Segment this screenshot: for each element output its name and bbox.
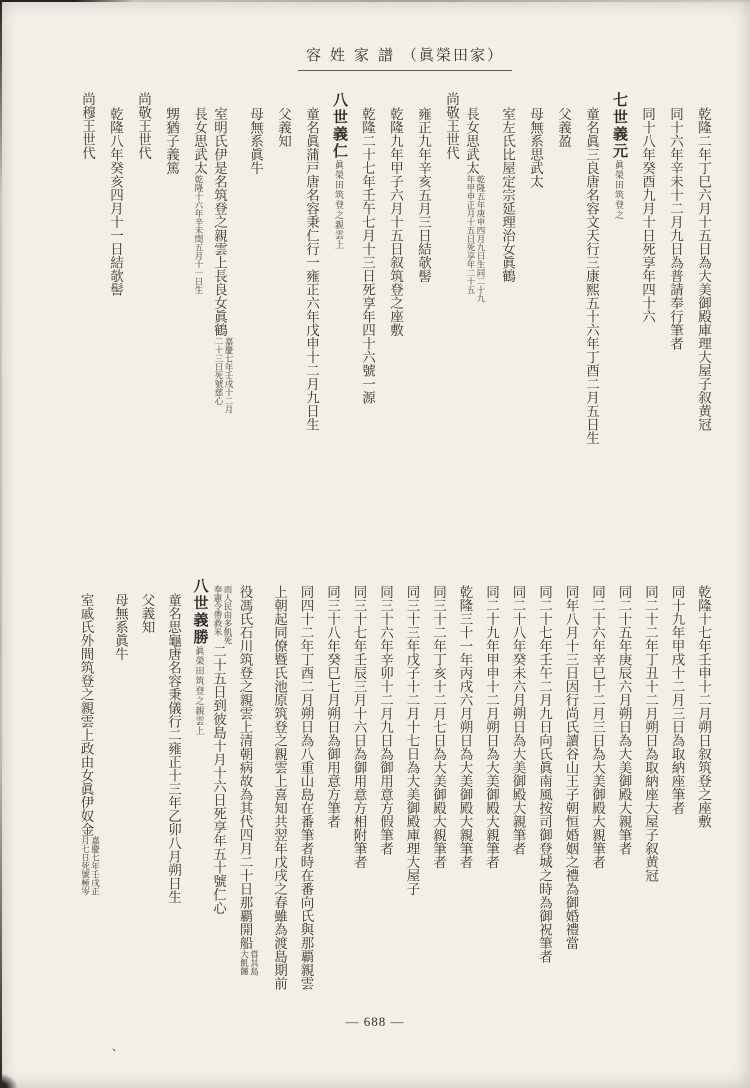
page-title-family-name: 容姓家譜: [306, 48, 402, 64]
record-column: 上朝起同僚暨氏池原筑登之親雲上喜知共翌年戊戌之春雖為渡島期前: [260, 578, 287, 1029]
reign-column: 尚敬王世代: [122, 92, 150, 452]
record-column: 同三十七年壬辰三月十六日為御用意方相附筆者: [339, 578, 366, 1029]
entry-column: 父義盈: [542, 92, 570, 467]
column-text: 同三十二年丁亥十二月七日為大美御殿大親筆者: [431, 585, 446, 869]
record-column: 同三十二年丁亥十二月七日為大美御殿大親筆者: [419, 578, 446, 1029]
entry-column: 童名眞三良唐名容文天行三康熙五十六年丁酉二月五日生: [570, 92, 598, 467]
record-column: 同二十五年庚辰六月朔日為大美御殿大親筆者: [604, 578, 631, 1029]
genealogy-lower-block: 乾隆十七年壬申十二月朔日叙筑登之座敷同十九年甲戌十二月三日為取納座筆者同二十二年…: [74, 578, 710, 1022]
record-column: 同四十二年丁酉二月朔日為八重山島在番筆者時在番向氏與那覇親雲: [286, 578, 313, 1029]
warichu-inline-note: 嘉慶七年壬戌十二月二十三日死號慈心: [214, 337, 234, 414]
generation-header: 七世義元眞榮田筑登之: [598, 92, 626, 452]
scan-edge-left: [0, 0, 2, 1088]
column-text: 甥猶子義篤: [164, 107, 179, 175]
column-text: 童名眞蒲戸唐名容秉仁行一雍正六年戊申十二月九日生: [304, 107, 319, 431]
record-column: 同二十六年辛巳十二月三日為大美御殿大親筆者: [578, 578, 605, 1029]
entry-column: 童名眞蒲戸唐名容秉仁行一雍正六年戊申十二月九日生: [290, 92, 318, 467]
record-column: 雍正九年辛亥五月三日結欹髻: [402, 92, 430, 467]
record-column: 同三十八年癸巳七月朔日為御用意方筆者: [313, 578, 340, 1029]
record-column: 乾隆二年丁巳六月十五日為大美御殿庫理大屋子叙黄冠: [682, 92, 710, 467]
generation-subtitle: 眞榮田筑登之親雲上: [195, 646, 205, 736]
column-text: 同二十七年壬午二月九日向氏眞南風按司御登城之時為御祝筆者: [537, 585, 552, 963]
record-column: 乾隆三十一年丙戌六月朔日為大美御殿大親筆者: [445, 578, 472, 1029]
column-text: 乾隆三十一年丙戌六月朔日為大美御殿大親筆者: [458, 585, 473, 869]
column-text: 父義知: [276, 107, 291, 148]
column-text: 同三十三年戊子十二月十七日為大美御殿庫理大屋子: [405, 585, 420, 896]
column-text: 母無系眞牛: [248, 107, 263, 175]
record-column: 乾隆二十七年壬午七月十三日死享年四十六號一源: [346, 92, 374, 467]
column-text: 同四十二年丁酉二月朔日為八重山島在番筆者時在番向氏與那覇親雲: [299, 585, 314, 990]
reign-column: 尚穆王世代: [66, 92, 94, 452]
column-text: 同二十二年丁丑十二月朔日為取納座大屋子叙黄冠: [643, 585, 658, 882]
column-text: 同三十六年辛卯十二月九日為御用意方假筆者: [378, 585, 393, 855]
record-column: 同十六年辛未十二月九日為普請奉行筆者: [654, 92, 682, 467]
reign-column: 尚敬王世代: [430, 92, 458, 452]
column-text: 同二十五年庚辰六月朔日為大美御殿大親筆者: [617, 585, 632, 855]
warichu-inline-note: 而人民由多飢死奉憲令帶救米: [213, 585, 233, 645]
column-text: 雍正九年辛亥五月三日結欹髻: [416, 107, 431, 283]
page-header: 容姓家譜（眞榮田家）: [30, 44, 750, 71]
warichu-inline-note: 嘉慶七年壬戌正月七日死號極岑: [80, 836, 100, 896]
scanned-genealogy-page: 容姓家譜（眞榮田家） 乾隆二年丁巳六月十五日為大美御殿庫理大屋子叙黄冠同十六年辛…: [0, 0, 750, 1088]
entry-column: 母無系眞牛: [101, 578, 128, 1037]
stray-mark: 、: [112, 1038, 123, 1054]
generation-header: 八世義仁眞榮田筑登之親雲上: [318, 92, 346, 452]
column-text: 同二十八年癸未六月朔日為大美御殿大親筆者: [511, 585, 526, 855]
record-column: 同十九年甲戌十二月三日為取納座筆者: [657, 578, 684, 1029]
generation-name: 七世義元: [611, 92, 627, 160]
record-column: 同二十七年壬午二月九日向氏眞南風按司御登城之時為御祝筆者: [525, 578, 552, 1029]
column-text: 尚敬王世代: [444, 92, 459, 160]
record-column: 而人民由多飢死奉憲令帶救米二十五日到彼島十月十六日死享年五十號仁心: [207, 578, 234, 1029]
column-text: 同十八年癸酉九月十日死享年四十六: [640, 107, 655, 323]
genealogy-upper-block: 乾隆二年丁巳六月十五日為大美御殿庫理大屋子叙黄冠同十六年辛未十二月九日為普請奉行…: [66, 92, 710, 452]
column-text: 役馮氏石川筑登之親雲上清朝病故為其代四月二十日那覇開船: [237, 585, 252, 950]
column-text: 乾隆八年癸亥四月十一日結欹髻: [108, 107, 123, 296]
column-text: 乾隆二年丁巳六月十五日為大美御殿庫理大屋子叙黄冠: [696, 107, 711, 431]
record-column: 同二十二年丁丑十二月朔日為取納座大屋子叙黄冠: [631, 578, 658, 1029]
page-title-house-name: （眞榮田家）: [402, 48, 504, 64]
record-column: 同二十八年癸未六月朔日為大美御殿大親筆者: [498, 578, 525, 1029]
record-column: 同二十九年甲申十二月朔日為大美御殿大親筆者: [472, 578, 499, 1029]
column-text: 同十六年辛未十二月九日為普請奉行筆者: [668, 107, 683, 350]
column-text: 上朝起同僚暨氏池原筑登之親雲上喜知共翌年戊戌之春雖為渡島期前: [272, 585, 287, 990]
warichu-inline-note: 甞其島大飢饉: [239, 950, 259, 976]
scan-corner-smudge: [0, 1073, 18, 1088]
entry-column: 母無系眞牛: [234, 92, 262, 467]
record-column: 同年八月十三日因行尚氏讀谷山王子朝恒婚姻之禮為御婚禮當: [551, 578, 578, 1029]
generation-name: 八世義仁: [331, 92, 347, 160]
column-text: 童名思龜唐名容秉儀行二雍正十三年乙卯八月朔日生: [166, 593, 181, 904]
column-text: 尚敬王世代: [136, 92, 151, 160]
record-column: 同三十三年戊子十二月十七日為大美御殿庫理大屋子: [392, 578, 419, 1029]
entry-column: 長女思武太乾隆十六年辛未閏五月十一日生: [178, 92, 206, 467]
column-text: 母無系思武太: [528, 107, 543, 188]
column-text: 同二十九年甲申十二月朔日為大美御殿大親筆者: [484, 585, 499, 869]
column-text: 父義知: [140, 593, 155, 634]
column-text: 父義盈: [556, 107, 571, 148]
record-column: 同三十六年辛卯十二月九日為御用意方假筆者: [366, 578, 393, 1029]
scan-edge-top: [0, 0, 750, 2]
generation-subtitle: 眞榮田筑登之: [614, 160, 624, 220]
column-text: 乾隆九年甲子六月十五日叙筑登之座敷: [388, 107, 403, 337]
column-text: 室戚氏外間筑登之親雲上政由女眞伊奴金: [78, 593, 93, 836]
page-title: 容姓家譜（眞榮田家）: [298, 44, 512, 71]
entry-column: 童名思龜唐名容秉儀行二雍正十三年乙卯八月朔日生: [154, 578, 181, 1037]
column-text: 同二十六年辛巳十二月三日為大美御殿大親筆者: [590, 585, 605, 869]
generation-header: 八世義勝眞榮田筑登之親雲上: [180, 578, 207, 1022]
page-number: ― 688 ―: [0, 1014, 750, 1030]
column-text: 室明氏伊是名筑登之親雲上長良女眞鶴: [212, 107, 227, 337]
column-text: 尚穆王世代: [80, 92, 95, 160]
entry-column: 室明氏伊是名筑登之親雲上長良女眞鶴嘉慶七年壬戌十二月二十三日死號慈心: [206, 92, 234, 467]
entry-column: 母無系思武太: [514, 92, 542, 467]
column-text: 童名眞三良唐名容文天行三康熙五十六年丁酉二月五日生: [584, 107, 599, 445]
column-text: 同十九年甲戌十二月三日為取納座筆者: [670, 585, 685, 815]
column-text: 乾隆十七年壬申十二月朔日叙筑登之座敷: [696, 585, 711, 828]
column-text: 乾隆二十七年壬午七月十三日死享年四十六號一源: [360, 107, 375, 404]
column-text: 同三十八年癸巳七月朔日為御用意方筆者: [325, 585, 340, 828]
column-text: 同年八月十三日因行尚氏讀谷山王子朝恒婚姻之禮為御婚禮當: [564, 585, 579, 950]
entry-column: 長女思武太乾隆五年庚申四月九日生同二十九年甲申正月十五日死享年二十五: [458, 92, 486, 467]
record-column: 同十八年癸酉九月十日死享年四十六: [626, 92, 654, 467]
column-text: 室左氏比屋定宗延理治女眞鶴: [500, 107, 515, 283]
generation-subtitle: 眞榮田筑登之親雲上: [334, 160, 344, 250]
generation-name: 八世義勝: [192, 578, 208, 646]
record-column: 役馮氏石川筑登之親雲上清朝病故為其代四月二十日那覇開船甞其島大飢饉: [233, 578, 260, 1029]
column-text: 同三十七年壬辰三月十六日為御用意方相附筆者: [352, 585, 367, 869]
warichu-inline-note: 乾隆十六年辛未閏五月十一日生: [194, 175, 204, 294]
column-text: 長女思武太: [464, 107, 479, 175]
warichu-inline-note: 乾隆五年庚申四月九日生同二十九年甲申正月十五日死享年二十五: [466, 175, 486, 303]
column-text: 二十五日到彼島十月十六日死享年五十號仁心: [211, 645, 226, 915]
record-column: 乾隆八年癸亥四月十一日結欹髻: [94, 92, 122, 467]
record-column: 乾隆九年甲子六月十五日叙筑登之座敷: [374, 92, 402, 467]
entry-column: 甥猶子義篤: [150, 92, 178, 467]
column-text: 母無系眞牛: [113, 593, 128, 661]
column-text: 長女思武太: [192, 107, 207, 175]
entry-column: 室左氏比屋定宗延理治女眞鶴: [486, 92, 514, 467]
entry-column: 父義知: [262, 92, 290, 467]
entry-column: 父義知: [127, 578, 154, 1037]
entry-column: 室戚氏外間筑登之親雲上政由女眞伊奴金嘉慶七年壬戌正月七日死號極岑: [74, 578, 101, 1037]
record-column: 乾隆十七年壬申十二月朔日叙筑登之座敷: [684, 578, 711, 1029]
